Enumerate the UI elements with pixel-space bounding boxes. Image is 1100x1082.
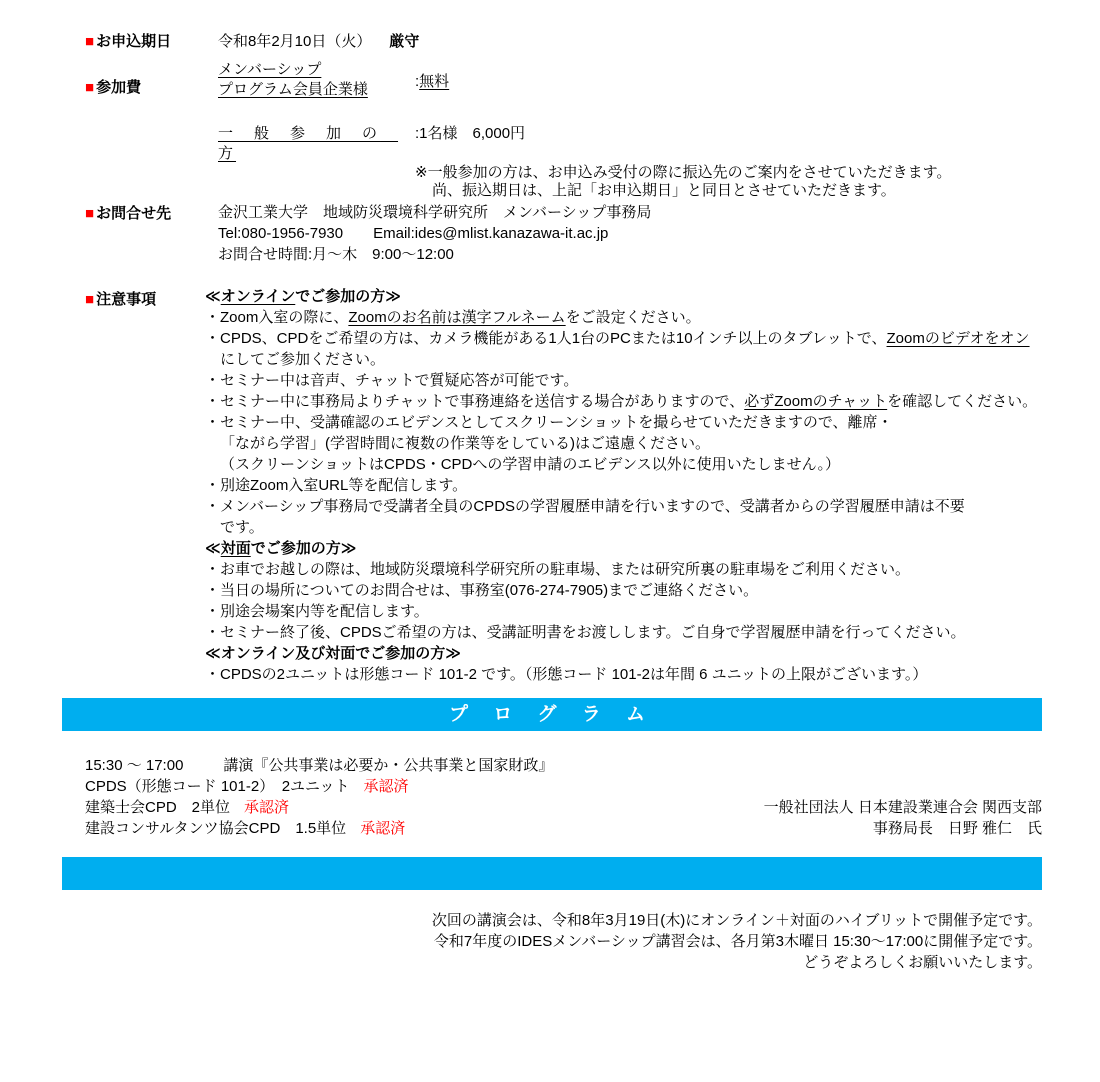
note-line: にしてご参加ください。 xyxy=(205,349,1037,370)
program-lecture-title: 講演『公共事業は必要か・公共事業と国家財政』 xyxy=(223,757,553,774)
deadline-label: ■お申込期日 xyxy=(85,30,171,51)
program-kenchikushikai-approved: 承認済 xyxy=(244,799,289,816)
fee-label-text: 参加費 xyxy=(96,79,141,96)
fee-member-value: :無料 xyxy=(415,70,449,91)
deadline-value: 令和8年2月10日（火）厳守 xyxy=(218,30,419,51)
contact-label-text: お問合せ先 xyxy=(96,205,171,222)
program-consultants-line: 建設コンサルタンツ協会CPD 1.5単位承認済 xyxy=(85,818,553,839)
program-banner: プ ロ グ ラ ム xyxy=(62,698,1042,731)
contact-label: ■お問合せ先 xyxy=(85,202,171,223)
fee-general-row: 一 般 参 加 の 方 :1名様 6,000円 xyxy=(218,124,951,164)
deadline-date: 令和8年2月10日（火） xyxy=(218,33,371,50)
note-line: ・セミナー中は音声、チャットで質疑応答が可能です。 xyxy=(205,370,1037,391)
contact-hours: お問合せ時間:月～木 9:00～12:00 xyxy=(218,244,651,265)
fee-member-names: メンバーシップ プログラム会員企業様 xyxy=(218,60,415,100)
note-line: ≪オンラインでご参加の方≫ xyxy=(205,286,1037,307)
contact-tel-email: Tel:080-1956-7930 Email:ides@mlist.kanaz… xyxy=(218,223,651,244)
program-kenchikushikai-text: 建築士会CPD 2単位 xyxy=(85,799,230,816)
program-cpds-line: CPDS（形態コード 101-2） 2ユニット承認済 xyxy=(85,776,553,797)
note-line: ・当日の場所についてのお問合せは、事務室(076-274-7905)までご連絡く… xyxy=(205,580,1037,601)
fee-content: メンバーシップ プログラム会員企業様 :無料 一 般 参 加 の 方 :1名様 … xyxy=(218,60,951,200)
note-line: です。 xyxy=(205,517,1037,538)
empty-banner xyxy=(62,857,1042,890)
program-details: 15:30 ～ 17:00講演『公共事業は必要か・公共事業と国家財政』 CPDS… xyxy=(85,755,553,839)
note-line: ・セミナー中、受講確認のエビデンスとしてスクリーンショットを撮らせていただきます… xyxy=(205,412,1037,433)
note-line: ≪対面でご参加の方≫ xyxy=(205,538,1037,559)
program-time-title: 15:30 ～ 17:00講演『公共事業は必要か・公共事業と国家財政』 xyxy=(85,755,553,776)
footer-section: 次回の講演会は、令和8年3月19日(木)にオンライン＋対面のハイブリットで開催予… xyxy=(432,910,1042,973)
speaker-name: 事務局長 日野 雅仁 氏 xyxy=(764,818,1042,839)
note-line: ・セミナー終了後、CPDSご希望の方は、受講証明書をお渡しします。ご自身で学習履… xyxy=(205,622,1037,643)
fee-member-line2: プログラム会員企業様 xyxy=(218,81,368,98)
notes-label-text: 注意事項 xyxy=(96,291,156,308)
notes-lines: ≪オンラインでご参加の方≫・Zoom入室の際に、Zoomのお名前は漢字フルネーム… xyxy=(205,286,1037,685)
program-consultants-text: 建設コンサルタンツ協会CPD 1.5単位 xyxy=(85,820,346,837)
note-line: ・CPDS、CPDをご希望の方は、カメラ機能がある1人1台のPCまたは10インチ… xyxy=(205,328,1037,349)
red-square-icon: ■ xyxy=(85,291,94,308)
note-line: ・セミナー中に事務局よりチャットで事務連絡を送信する場合がありますので、必ずZo… xyxy=(205,391,1037,412)
flyer-page: ■お申込期日 令和8年2月10日（火）厳守 ■参加費 メンバーシップ プログラム… xyxy=(0,0,1100,1082)
fee-general-label: 一 般 参 加 の 方 xyxy=(218,125,398,162)
deadline-strict: 厳守 xyxy=(389,33,419,50)
note-line: ・メンバーシップ事務局で受講者全員のCPDSの学習履歴申請を行いますので、受講者… xyxy=(205,496,1037,517)
note-line: ・お車でお越しの際は、地域防災環境科学研究所の駐車場、または研究所裏の駐車場をご… xyxy=(205,559,1037,580)
note-line: ・Zoom入室の際に、Zoomのお名前は漢字フルネームをご設定ください。 xyxy=(205,307,1037,328)
fee-general-value: :1名様 6,000円 xyxy=(415,124,525,164)
note-line: ・別途会場案内等を配信します。 xyxy=(205,601,1037,622)
fee-member-row: メンバーシップ プログラム会員企業様 :無料 xyxy=(218,60,951,100)
contact-content: 金沢工業大学 地域防災環境科学研究所 メンバーシップ事務局 Tel:080-19… xyxy=(218,202,651,265)
deadline-label-text: お申込期日 xyxy=(96,33,171,50)
notes-label: ■注意事項 xyxy=(85,288,156,309)
red-square-icon: ■ xyxy=(85,33,94,50)
program-kenchikushikai-line: 建築士会CPD 2単位承認済 xyxy=(85,797,553,818)
note-line: 「ながら学習」(学習時間に複数の作業等をしている)はご遠慮ください。 xyxy=(205,433,1037,454)
red-square-icon: ■ xyxy=(85,205,94,222)
red-square-icon: ■ xyxy=(85,79,94,96)
program-banner-title: プ ロ グ ラ ム xyxy=(62,698,1042,731)
program-cpds-text: CPDS（形態コード 101-2） 2ユニット xyxy=(85,778,349,795)
note-line: ≪オンライン及び対面でご参加の方≫ xyxy=(205,643,1037,664)
program-speaker: 一般社団法人 日本建設業連合会 関西支部 事務局長 日野 雅仁 氏 xyxy=(764,797,1042,839)
fee-note-2: 尚、振込期日は、上記「お申込期日」と同日とさせていただきます。 xyxy=(432,182,951,200)
footer-next-event: 次回の講演会は、令和8年3月19日(木)にオンライン＋対面のハイブリットで開催予… xyxy=(432,910,1042,931)
contact-org: 金沢工業大学 地域防災環境科学研究所 メンバーシップ事務局 xyxy=(218,202,651,223)
note-line: ・CPDSの2ユニットは形態コード 101-2 です。（形態コード 101-2は… xyxy=(205,664,1037,685)
program-time: 15:30 ～ 17:00 xyxy=(85,757,183,774)
program-consultants-approved: 承認済 xyxy=(360,820,405,837)
fee-label: ■参加費 xyxy=(85,76,141,97)
footer-closing: どうぞよろしくお願いいたします。 xyxy=(432,952,1042,973)
fee-general-amount: 1名様 6,000円 xyxy=(419,125,525,142)
speaker-organization: 一般社団法人 日本建設業連合会 関西支部 xyxy=(764,797,1042,818)
footer-schedule: 令和7年度のIDESメンバーシップ講習会は、各月第3木曜日 15:30～17:0… xyxy=(432,931,1042,952)
note-line: ・別途Zoom入室URL等を配信します。 xyxy=(205,475,1037,496)
fee-member-amount: 無料 xyxy=(419,73,449,90)
fee-member-line1: メンバーシップ xyxy=(218,61,321,78)
program-cpds-approved: 承認済 xyxy=(363,778,408,795)
note-line: （スクリーンショットはCPDS・CPDへの学習申請のエビデンス以外に使用いたしま… xyxy=(205,454,1037,475)
fee-note-1: ※一般参加の方は、お申込み受付の際に振込先のご案内をさせていただきます。 xyxy=(415,164,951,182)
